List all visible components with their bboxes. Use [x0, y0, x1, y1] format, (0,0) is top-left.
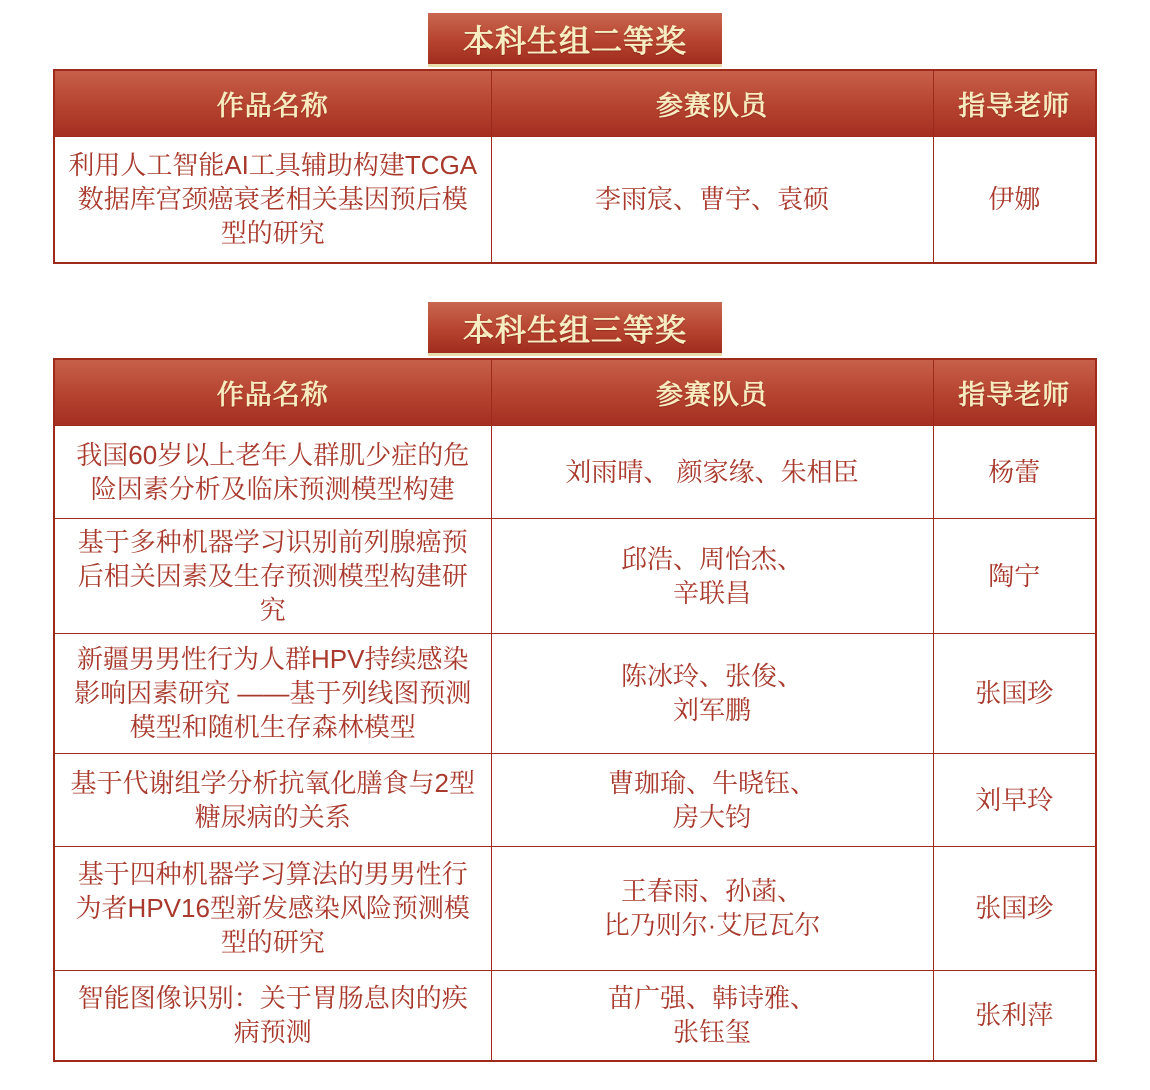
table-row: 智能图像识别：关于胃肠息肉的疾病预测 苗广强、韩诗雅、 张钰玺 张利萍	[54, 970, 1096, 1061]
work-title-cell: 利用人工智能AI工具辅助构建TCGA数据库宫颈癌衰老相关基因预后模型的研究	[54, 136, 491, 263]
work-title-cell: 基于代谢组学分析抗氧化膳食与2型糖尿病的关系	[54, 753, 491, 846]
column-header-work-title: 作品名称	[54, 359, 491, 425]
table-header-row: 作品名称 参赛队员 指导老师	[54, 70, 1096, 136]
teacher-cell: 刘早玲	[933, 753, 1096, 846]
third-prize-banner: 本科生组三等奖	[428, 302, 722, 356]
column-header-teacher: 指导老师	[933, 70, 1096, 136]
teacher-cell: 张国珍	[933, 846, 1096, 970]
awards-page: 本科生组二等奖 作品名称 参赛队员 指导老师 利用人工智能AI工具辅助构建TCG…	[0, 0, 1150, 1090]
members-cell: 李雨宸、曹宇、袁硕	[491, 136, 933, 263]
members-cell: 苗广强、韩诗雅、 张钰玺	[491, 970, 933, 1061]
third-prize-section: 本科生组三等奖 作品名称 参赛队员 指导老师 我国60岁以上老年人群肌少症的危险…	[0, 302, 1150, 1062]
teacher-cell: 伊娜	[933, 136, 1096, 263]
teacher-cell: 杨蕾	[933, 425, 1096, 518]
work-title-cell: 我国60岁以上老年人群肌少症的危险因素分析及临床预测模型构建	[54, 425, 491, 518]
table-header-row: 作品名称 参赛队员 指导老师	[54, 359, 1096, 425]
work-title-cell: 新疆男男性行为人群HPV持续感染影响因素研究 ——基于列线图预测模型和随机生存森…	[54, 633, 491, 753]
members-cell: 曹珈瑜、牛晓钰、 房大钧	[491, 753, 933, 846]
members-cell: 王春雨、孙菡、 比乃则尔·艾尼瓦尔	[491, 846, 933, 970]
third-prize-table: 作品名称 参赛队员 指导老师 我国60岁以上老年人群肌少症的危险因素分析及临床预…	[53, 358, 1097, 1062]
second-prize-banner: 本科生组二等奖	[428, 13, 722, 67]
table-row: 新疆男男性行为人群HPV持续感染影响因素研究 ——基于列线图预测模型和随机生存森…	[54, 633, 1096, 753]
work-title-cell: 基于多种机器学习识别前列腺癌预后相关因素及生存预测模型构建研究	[54, 518, 491, 633]
members-cell: 陈冰玲、张俊、 刘军鹏	[491, 633, 933, 753]
members-cell: 刘雨晴、 颜家缘、朱相臣	[491, 425, 933, 518]
table-row: 基于多种机器学习识别前列腺癌预后相关因素及生存预测模型构建研究 邱浩、周怡杰、 …	[54, 518, 1096, 633]
work-title-cell: 智能图像识别：关于胃肠息肉的疾病预测	[54, 970, 491, 1061]
teacher-cell: 张国珍	[933, 633, 1096, 753]
column-header-members: 参赛队员	[491, 70, 933, 136]
table-row: 利用人工智能AI工具辅助构建TCGA数据库宫颈癌衰老相关基因预后模型的研究 李雨…	[54, 136, 1096, 263]
members-cell: 邱浩、周怡杰、 辛联昌	[491, 518, 933, 633]
teacher-cell: 张利萍	[933, 970, 1096, 1061]
column-header-members: 参赛队员	[491, 359, 933, 425]
table-row: 我国60岁以上老年人群肌少症的危险因素分析及临床预测模型构建 刘雨晴、 颜家缘、…	[54, 425, 1096, 518]
work-title-cell: 基于四种机器学习算法的男男性行为者HPV16型新发感染风险预测模型的研究	[54, 846, 491, 970]
second-prize-section: 本科生组二等奖 作品名称 参赛队员 指导老师 利用人工智能AI工具辅助构建TCG…	[0, 13, 1150, 264]
column-header-teacher: 指导老师	[933, 359, 1096, 425]
teacher-cell: 陶宁	[933, 518, 1096, 633]
column-header-work-title: 作品名称	[54, 70, 491, 136]
second-prize-table: 作品名称 参赛队员 指导老师 利用人工智能AI工具辅助构建TCGA数据库宫颈癌衰…	[53, 69, 1097, 264]
table-row: 基于代谢组学分析抗氧化膳食与2型糖尿病的关系 曹珈瑜、牛晓钰、 房大钧 刘早玲	[54, 753, 1096, 846]
table-row: 基于四种机器学习算法的男男性行为者HPV16型新发感染风险预测模型的研究 王春雨…	[54, 846, 1096, 970]
